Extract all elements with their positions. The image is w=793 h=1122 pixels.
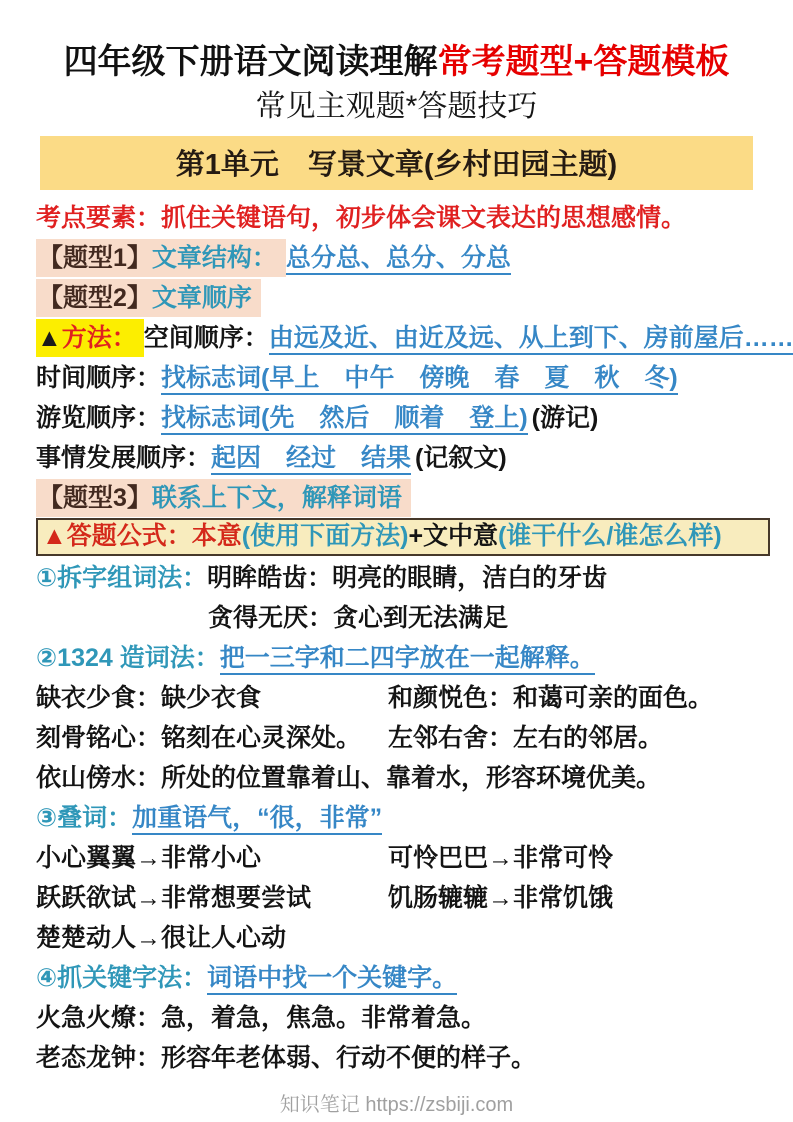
triangle-marker-icon: ▲ bbox=[37, 324, 62, 352]
time-order-text: 找标志词(早上 中午 傍晚 春 夏 秋 冬) bbox=[161, 364, 678, 395]
method3-examples-row2: 跃跃欲试→非常想要尝试饥肠辘辘→非常饥饿 bbox=[36, 878, 770, 918]
method-label: 方法： bbox=[62, 324, 137, 352]
time-order-label: 时间顺序： bbox=[36, 364, 161, 392]
space-order-label: 空间顺序： bbox=[144, 324, 269, 352]
document-page: 四年级下册语文阅读理解常考题型+答题模板 常见主观题*答题技巧 第1单元 写景文… bbox=[0, 0, 793, 1122]
method3-examples-row1: 小心翼翼→非常小心可怜巴巴→非常可怜 bbox=[36, 838, 770, 878]
content-area: 考点要素：抓住关键语句，初步体会课文表达的思想感情。 【题型1】文章结构：总分总… bbox=[36, 198, 770, 1078]
method2-examples-row2: 刻骨铭心：铭刻在心灵深处。左邻右舍：左右的邻居。 bbox=[36, 718, 770, 758]
tour-order-label: 游览顺序： bbox=[36, 404, 161, 432]
method2-label: ②1324 造词法： bbox=[36, 644, 220, 672]
formula-label: 答题公式： bbox=[67, 522, 192, 550]
method1-example2: 贪得无厌：贪心到无法满足 bbox=[208, 604, 508, 632]
formula-paren-1: (使用下面方法) bbox=[242, 522, 409, 550]
question-type-2-row: 【题型2】文章顺序 bbox=[36, 278, 770, 318]
method2-examples-row3: 依山傍水：所处的位置靠着山、靠着水，形容环境优美。 bbox=[36, 758, 770, 798]
type2-label: 【题型2】 bbox=[38, 284, 152, 312]
event-order-label: 事情发展顺序： bbox=[36, 444, 211, 472]
method4-examples-row2: 老态龙钟：形容年老体弱、行动不便的样子。 bbox=[36, 1038, 770, 1078]
watermark: 知识笔记 https://zsbiji.com bbox=[0, 1092, 793, 1118]
method1-row: ①拆字组词法：明眸皓齿：明亮的眼睛，洁白的牙齿 bbox=[36, 558, 770, 598]
method-highlight: ▲方法： bbox=[36, 319, 144, 357]
type1-highlight: 【题型1】文章结构： bbox=[36, 239, 286, 277]
method4-row: ④抓关键字法：词语中找一个关键字。 bbox=[36, 958, 770, 998]
tour-order-suffix: (游记) bbox=[532, 404, 599, 432]
example-item: 和颜悦色：和蔼可亲的面色。 bbox=[388, 684, 713, 712]
page-title: 四年级下册语文阅读理解常考题型+答题模板 bbox=[0, 42, 793, 82]
type2-name: 文章顺序 bbox=[152, 284, 252, 312]
time-order-row: 时间顺序：找标志词(早上 中午 傍晚 春 夏 秋 冬) bbox=[36, 358, 770, 398]
method1-example2-row: 贪得无厌：贪心到无法满足 bbox=[36, 598, 770, 638]
example-item: 刻骨铭心：铭刻在心灵深处。 bbox=[36, 718, 388, 758]
method-space-order-row: ▲方法：空间顺序：由远及近、由近及远、从上到下、房前屋后…… bbox=[36, 318, 770, 358]
type1-name: 文章结构： bbox=[152, 244, 277, 272]
example-item: 依山傍水：所处的位置靠着山、靠着水，形容环境优美。 bbox=[36, 764, 661, 792]
space-order-text: 由远及近、由近及远、从上到下、房前屋后…… bbox=[269, 324, 793, 355]
method3-label: ③叠词： bbox=[36, 804, 132, 832]
tour-order-text: 找标志词(先 然后 顺着 登上) bbox=[161, 404, 528, 435]
question-type-1-row: 【题型1】文章结构：总分总、总分、分总 bbox=[36, 238, 770, 278]
method3-rule: 加重语气，“很，非常” bbox=[132, 804, 382, 835]
example-item: 可怜巴巴→非常可怜 bbox=[388, 844, 613, 872]
unit-banner: 第1单元 写景文章(乡村田园主题) bbox=[40, 136, 753, 190]
method2-examples-row1: 缺衣少食：缺少衣食和颜悦色：和蔼可亲的面色。 bbox=[36, 678, 770, 718]
method2-row: ②1324 造词法：把一三字和二四字放在一起解释。 bbox=[36, 638, 770, 678]
example-item: 缺衣少食：缺少衣食 bbox=[36, 678, 388, 718]
method4-rule: 词语中找一个关键字。 bbox=[207, 964, 457, 995]
type3-name: 联系上下文，解释词语 bbox=[152, 484, 402, 512]
formula-term: 本意 bbox=[192, 522, 242, 550]
method1-example1: 明眸皓齿：明亮的眼睛，洁白的牙齿 bbox=[207, 564, 607, 592]
type3-label: 【题型3】 bbox=[38, 484, 152, 512]
title-main: 四年级下册语文阅读理解 bbox=[64, 43, 438, 81]
type3-highlight: 【题型3】联系上下文，解释词语 bbox=[36, 479, 411, 517]
question-type-3-row: 【题型3】联系上下文，解释词语 bbox=[36, 478, 770, 518]
tour-order-row: 游览顺序：找标志词(先 然后 顺着 登上)(游记) bbox=[36, 398, 770, 438]
event-order-row: 事情发展顺序：起因 经过 结果(记叙文) bbox=[36, 438, 770, 478]
method2-rule: 把一三字和二四字放在一起解释。 bbox=[220, 644, 595, 675]
answer-formula-box: ▲答题公式：本意(使用下面方法)+文中意(谁干什么/谁怎么样) bbox=[36, 518, 770, 556]
event-order-suffix: (记叙文) bbox=[415, 444, 507, 472]
example-item: 老态龙钟：形容年老体弱、行动不便的样子。 bbox=[36, 1044, 536, 1072]
example-item: 小心翼翼→非常小心 bbox=[36, 838, 388, 878]
title-highlight: 常考题型+答题模板 bbox=[438, 43, 730, 81]
example-item: 跃跃欲试→非常想要尝试 bbox=[36, 878, 388, 918]
example-item: 左邻右舍：左右的邻居。 bbox=[388, 724, 663, 752]
type1-label: 【题型1】 bbox=[38, 244, 152, 272]
formula-paren-2: (谁干什么/谁怎么样) bbox=[498, 522, 722, 550]
example-item: 火急火燎：急，着急，焦急。非常着急。 bbox=[36, 1004, 486, 1032]
example-item: 饥肠辘辘→非常饥饿 bbox=[388, 884, 613, 912]
method4-examples-row1: 火急火燎：急，着急，焦急。非常着急。 bbox=[36, 998, 770, 1038]
page-subtitle: 常见主观题*答题技巧 bbox=[0, 90, 793, 124]
formula-mid: +文中意 bbox=[408, 522, 498, 550]
method1-label: ①拆字组词法： bbox=[36, 564, 207, 592]
formula-triangle-icon: ▲ bbox=[42, 522, 67, 550]
method3-examples-row3: 楚楚动人→很让人心动 bbox=[36, 918, 770, 958]
type1-answer-text: 总分总、总分、分总 bbox=[286, 244, 511, 275]
unit-banner-text: 第1单元 写景文章(乡村田园主题) bbox=[176, 149, 617, 181]
method3-row: ③叠词：加重语气，“很，非常” bbox=[36, 798, 770, 838]
type2-highlight: 【题型2】文章顺序 bbox=[36, 279, 261, 317]
example-item: 楚楚动人→很让人心动 bbox=[36, 924, 286, 952]
exam-points-line: 考点要素：抓住关键语句，初步体会课文表达的思想感情。 bbox=[36, 198, 770, 238]
method4-label: ④抓关键字法： bbox=[36, 964, 207, 992]
answer-formula-row: ▲答题公式：本意(使用下面方法)+文中意(谁干什么/谁怎么样) bbox=[36, 518, 770, 558]
event-order-text: 起因 经过 结果 bbox=[211, 444, 411, 475]
